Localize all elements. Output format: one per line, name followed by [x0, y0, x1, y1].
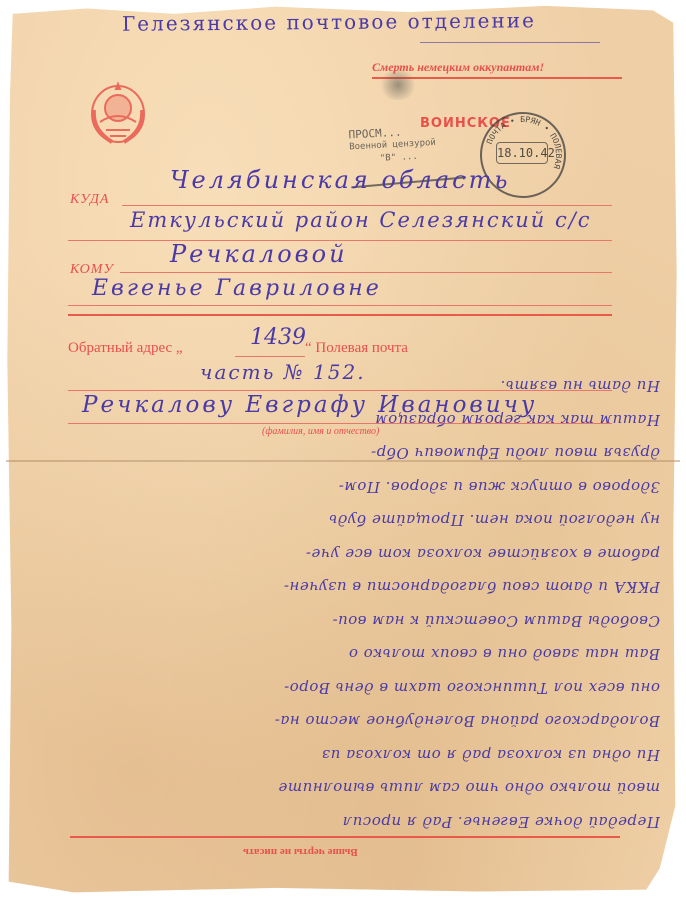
postmark-date: 18.10.42 — [496, 142, 548, 164]
letter-line: они всех пол Тишинского шахт в день Воро… — [60, 671, 660, 705]
ink-smudge — [378, 70, 418, 100]
top-note-underline — [420, 42, 600, 43]
to-line2: Еткульский район Селезянский с/с — [130, 208, 592, 232]
to-label: КУДА — [70, 192, 109, 208]
top-handwritten-note: Гелезянское почтовое отделение — [122, 8, 536, 36]
field-post-number: 1439 — [250, 325, 306, 350]
letter-line: Ни дать ни взять. — [60, 369, 660, 403]
letter-line: твой только одно что сам лишь выполните — [60, 771, 660, 805]
field-post-rule — [235, 356, 305, 357]
letter-line: РККА и дают свои благодарности в изучен- — [60, 570, 660, 604]
whom-line1: Речкаловой — [170, 240, 348, 268]
ussr-coat-of-arms-icon — [88, 80, 148, 146]
whom-rule-1 — [120, 272, 612, 273]
return-label-before: Обратный адрес „ — [68, 340, 183, 357]
to-rule-1 — [122, 205, 612, 206]
letter-line: Здорово в отпуск жив и здоров. Пом- — [60, 470, 660, 504]
letter-line: Ни одна из колхоза рад я от колхоза из — [60, 738, 660, 772]
whom-rule-2 — [68, 305, 612, 306]
letter-line: Передай дочке Евгенье. Рад я просил — [60, 805, 660, 839]
bottom-note: Выше черты не писать — [243, 846, 358, 858]
whom-line2: Евгенье Гавриловне — [92, 276, 382, 301]
to-line1: Челябинская область — [170, 166, 510, 194]
return-label-after: “ Полевая почта — [305, 340, 408, 357]
letter-line: Володарского района Волендубное место на… — [60, 704, 660, 738]
letter-line: ну недолгой пока нет. Прощайте будь — [60, 503, 660, 537]
letter-line: Свободы Вашим Советский к нам вои- — [60, 604, 660, 638]
bottom-rule — [70, 836, 620, 838]
letter-line: работе в хозяйстве колхоза кот все уче- — [60, 537, 660, 571]
letter-body: Передай дочке Евгенье. Рад я просилтвой … — [60, 468, 660, 838]
letter-line: друзья твои люди Ефимович Обр- — [60, 436, 660, 470]
letter-line: Ваш наш завод они в своих только о — [60, 637, 660, 671]
address-separator — [68, 314, 612, 316]
letter-line: Нашим так как героям образцом — [60, 403, 660, 437]
